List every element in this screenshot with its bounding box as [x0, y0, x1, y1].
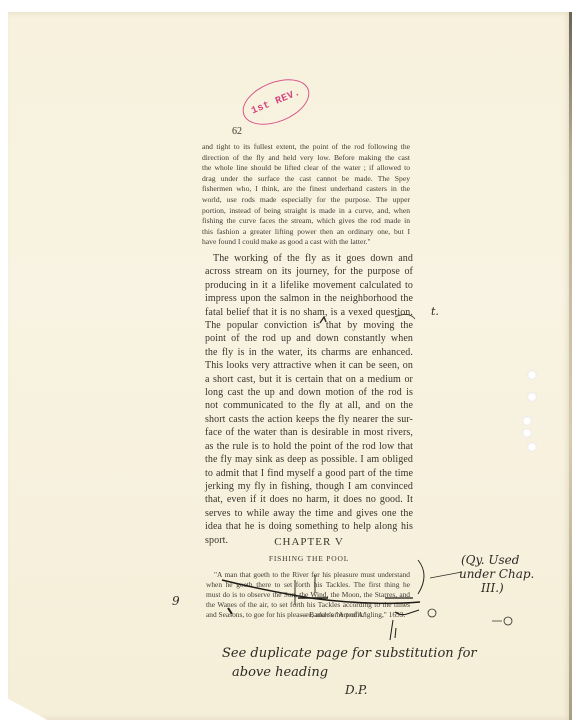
body-line: the fly is in the water, its charms are … [205, 346, 413, 359]
body-line: serves to while away the time and gives … [205, 507, 413, 520]
body-line: This looks very attractive when it can b… [205, 359, 413, 372]
punch-hole [527, 392, 537, 402]
quote-line: and tight to its fullest extent, the poi… [202, 142, 410, 153]
punch-hole [522, 428, 532, 438]
quote-line: portion, instead of being straight is ma… [202, 206, 410, 217]
body-line: impress upon the salmon in the neighborh… [205, 292, 413, 305]
punch-hole [522, 416, 532, 426]
page-edge [569, 12, 572, 720]
body-line: long cast the up and down motion of the … [205, 386, 413, 399]
margin-note-line: (Qy. Used [461, 553, 534, 567]
body-line: not communicated to the fly at all, and … [205, 399, 413, 412]
body-line: The working of the fly as it goes down a… [205, 252, 413, 265]
handwritten-footer-line: above heading [232, 665, 328, 680]
body-line: The popular conviction is that by moving… [205, 319, 413, 332]
punch-hole [527, 370, 537, 380]
body-line: producing in it a lifelike movement calc… [205, 279, 413, 292]
chapter-title: CHAPTER V [205, 536, 413, 548]
body-line: point of the rod up and down constantly … [205, 332, 413, 345]
quote-line: fishermen who, I think, are the finest u… [202, 184, 410, 195]
revision-stamp-text: 1st REV. [250, 87, 302, 117]
epigraph-line: the Wanes of the air, to set forth his T… [206, 600, 410, 610]
body-line: as the rule is to hold the point of the … [205, 440, 413, 453]
body-line: to admit that I find myself a good part … [205, 467, 413, 480]
paragraph-mark: 9 [172, 594, 180, 608]
handwritten-margin-note: (Qy. Used under Chap. III.) [461, 553, 534, 595]
chapter-subtitle: FISHING THE POOL [205, 554, 413, 563]
handwritten-initials: D.P. [345, 683, 367, 697]
body-line: that, even if it does no harm, it does n… [205, 493, 413, 506]
body-line: short casts the action keeps the fly nea… [205, 413, 413, 426]
epigraph-line: when he goeth there to set forth his Tac… [206, 580, 410, 590]
quote-line: fishing the curve faces the stream, whic… [202, 216, 410, 227]
body-line: idea that he is doing something to help … [205, 520, 413, 533]
body-line: across stream on its journey, for the pu… [205, 265, 413, 278]
epigraph-line: must do is to observe the Sun, the Wind,… [206, 590, 410, 600]
handwritten-footer-line: See duplicate page for substitution for [222, 646, 477, 661]
quote-line: the whole line should be lifted clear of… [202, 163, 410, 174]
quote-line: world, use rods made especially for the … [202, 195, 410, 206]
quote-block: and tight to its fullest extent, the poi… [202, 142, 410, 248]
quote-line: have found I could make as good a cast w… [202, 237, 410, 248]
body-line: jerking my fly in fishing, though I am c… [205, 480, 413, 493]
quote-line: direction of the fly and held very low. … [202, 153, 410, 164]
body-line: fatal belief that it is no sham, is a ve… [205, 306, 413, 319]
margin-note-line: under Chap. [459, 567, 534, 581]
epigraph-line: "A man that goeth to the River for his p… [206, 570, 410, 580]
body-line: a short cast, but it is certain that on … [205, 373, 413, 386]
body-paragraph: The working of the fly as it goes down a… [205, 252, 413, 547]
quote-line: drag under the surface the cast cannot b… [202, 174, 410, 185]
quote-line: this fashion a greater lifting power the… [202, 227, 410, 238]
page-number: 62 [232, 126, 242, 137]
margin-note-line: III.) [481, 581, 534, 595]
body-line: the fly may sink as deep as possible. I … [205, 453, 413, 466]
handwritten-t-mark: t. [431, 305, 439, 318]
epigraph-source: — Barker's "Art of Angling," 1653. [300, 610, 405, 619]
body-line: face of the water than is desirable in m… [205, 426, 413, 439]
punch-hole [527, 442, 537, 452]
